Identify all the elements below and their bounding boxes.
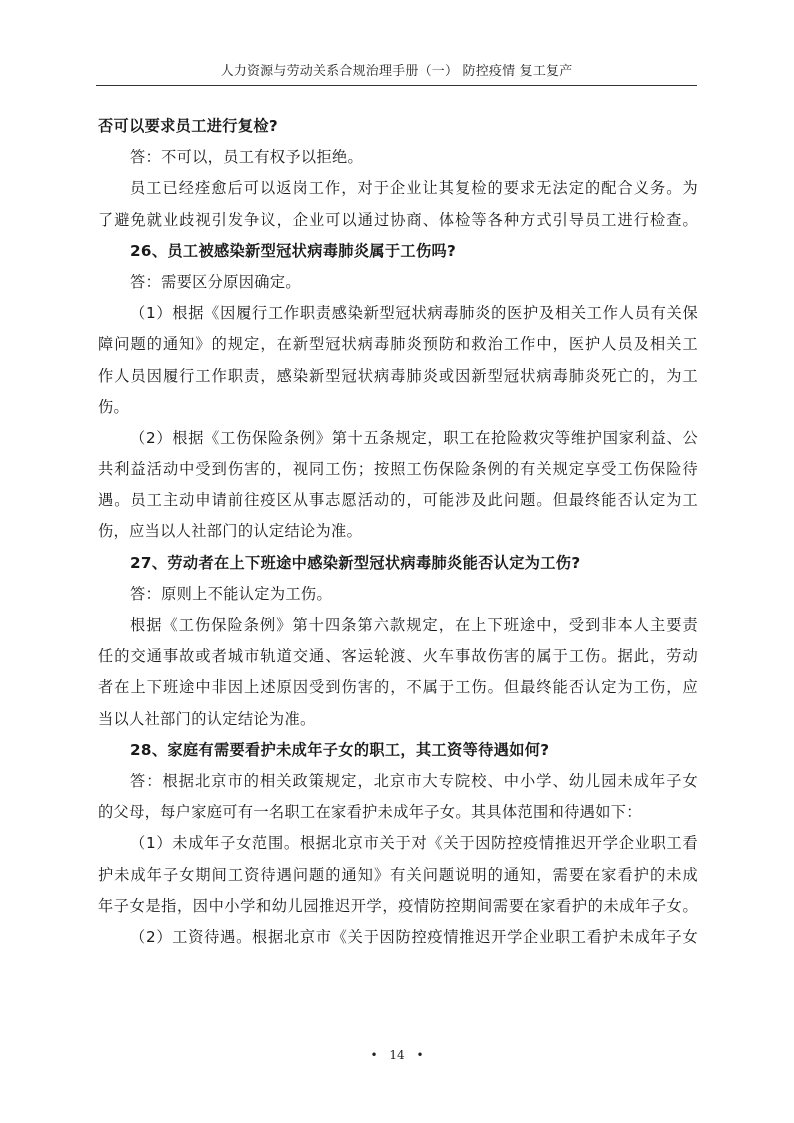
body-text-line: 答：原则上不能认定为工伤。: [98, 579, 698, 610]
question-heading-line: 否可以要求员工进行复检?: [98, 111, 698, 142]
body-text-line: 了避免就业歧视引发争议，企业可以通过协商、体检等各种方式引导员工进行检查。: [98, 205, 698, 236]
bullet-left-icon: •: [370, 1048, 377, 1062]
body-text-line: 任的交通事故或者城市轨道交通、客运轮渡、火车事故伤害的属于工伤。据此，劳动: [98, 641, 698, 672]
body-text-line: 根据《工伤保险条例》第十四条第六款规定，在上下班途中，受到非本人主要责: [98, 610, 698, 641]
page-number-footer: • 14 •: [0, 1048, 794, 1062]
header-divider: [96, 85, 697, 86]
body-text-line: （2）工资待遇。根据北京市《关于因防控疫情推迟开学企业职工看护未成年子女: [98, 922, 698, 953]
body-text-line: 作人员因履行工作职责，感染新型冠状病毒肺炎或因新型冠状病毒肺炎死亡的，为工: [98, 361, 698, 392]
body-text-line: 共利益活动中受到伤害的，视同工伤；按照工伤保险条例的有关规定享受工伤保险待: [98, 454, 698, 485]
page-body: 否可以要求员工进行复检?答：不可以，员工有权予以拒绝。员工已经痊愈后可以返岗工作…: [98, 111, 698, 953]
body-text-line: 当以人社部门的认定结论为准。: [98, 704, 698, 735]
body-text-line: 答：根据北京市的相关政策规定，北京市大专院校、中小学、幼儿园未成年子女: [98, 766, 698, 797]
body-text-line: 伤，应当以人社部门的认定结论为准。: [98, 516, 698, 547]
page-number: 14: [389, 1048, 404, 1062]
question-heading-line: 28、家庭有需要看护未成年子女的职工，其工资等待遇如何?: [98, 735, 698, 766]
question-heading-line: 26、员工被感染新型冠状病毒肺炎属于工伤吗?: [98, 236, 698, 267]
body-text-line: 的父母，每户家庭可有一名职工在家看护未成年子女。其具体范围和待遇如下：: [98, 797, 698, 828]
bullet-right-icon: •: [416, 1048, 423, 1062]
running-header-title: 人力资源与劳动关系合规治理手册（一） 防控疫情 复工复产: [96, 60, 697, 79]
body-text-line: 答：不可以，员工有权予以拒绝。: [98, 142, 698, 173]
body-text-line: 者在上下班途中非因上述原因受到伤害的，不属于工伤。但最终能否认定为工伤，应: [98, 672, 698, 703]
body-text-line: 护未成年子女期间工资待遇问题的通知》有关问题说明的通知，需要在家看护的未成: [98, 860, 698, 891]
body-text-line: （1）根据《因履行工作职责感染新型冠状病毒肺炎的医护及相关工作人员有关保: [98, 298, 698, 329]
body-text-line: 伤。: [98, 392, 698, 423]
body-text-line: 障问题的通知》的规定，在新型冠状病毒肺炎预防和救治工作中，医护人员及相关工: [98, 329, 698, 360]
body-text-line: 员工已经痊愈后可以返岗工作，对于企业让其复检的要求无法定的配合义务。为: [98, 173, 698, 204]
body-text-line: （1）未成年子女范围。根据北京市关于对《关于因防控疫情推迟开学企业职工看: [98, 828, 698, 859]
body-text-line: （2）根据《工伤保险条例》第十五条规定，职工在抢险救灾等维护国家利益、公: [98, 423, 698, 454]
question-heading-line: 27、劳动者在上下班途中感染新型冠状病毒肺炎能否认定为工伤?: [98, 548, 698, 579]
body-text-line: 答：需要区分原因确定。: [98, 267, 698, 298]
body-text-line: 遇。员工主动申请前往疫区从事志愿活动的，可能涉及此问题。但最终能否认定为工: [98, 485, 698, 516]
body-text-line: 年子女是指，因中小学和幼儿园推迟开学，疫情防控期间需要在家看护的未成年子女。: [98, 891, 698, 922]
